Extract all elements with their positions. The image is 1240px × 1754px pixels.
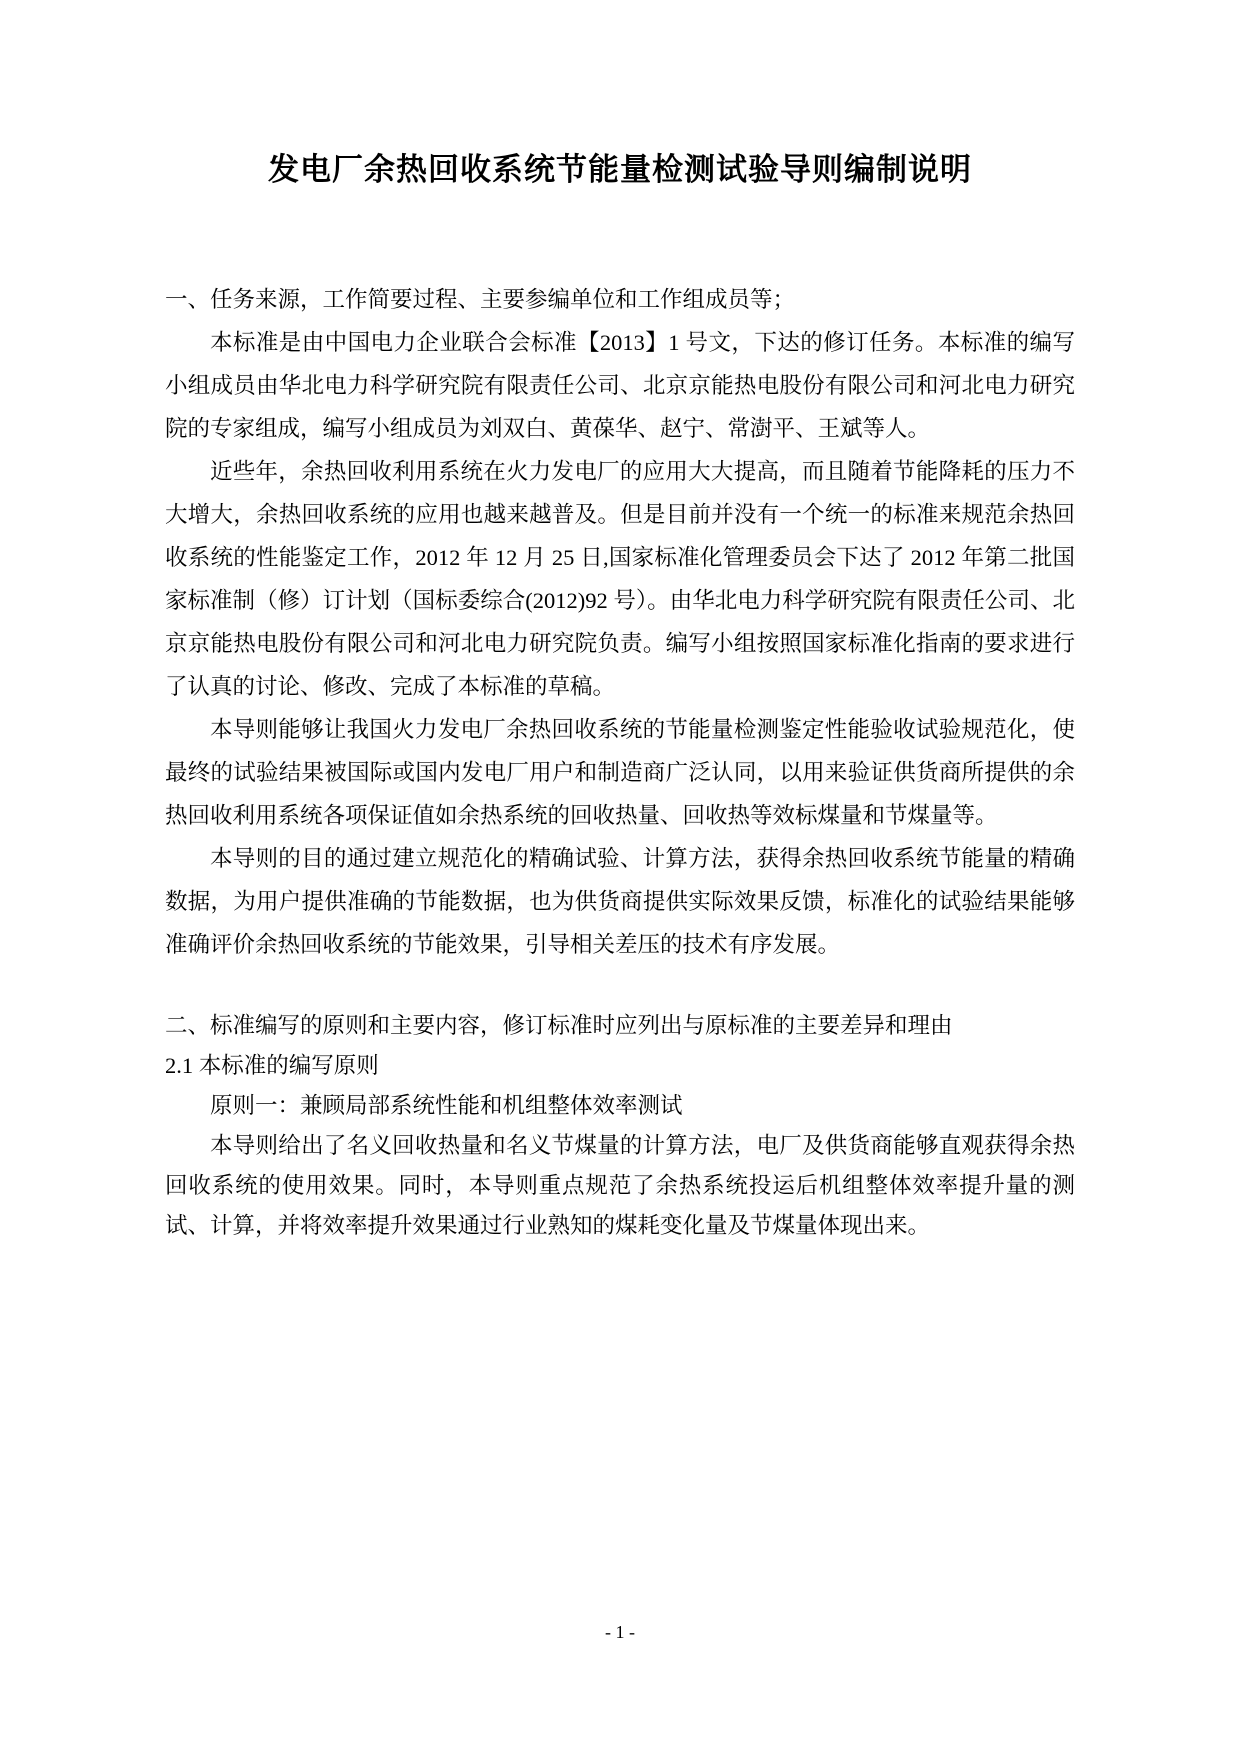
document-title: 发电厂余热回收系统节能量检测试验导则编制说明 bbox=[0, 148, 1240, 192]
section-1-paragraph-2: 近些年，余热回收利用系统在火力发电厂的应用大大提高，而且随着节能降耗的压力不大增… bbox=[165, 450, 1075, 708]
section-task-source: 一、任务来源，工作简要过程、主要参编单位和工作组成员等； 本标准是由中国电力企业… bbox=[165, 278, 1075, 966]
section-2-subheading: 2.1 本标准的编写原则 bbox=[165, 1046, 1075, 1086]
section-1-paragraph-1: 本标准是由中国电力企业联合会标准【2013】1 号文，下达的修订任务。本标准的编… bbox=[165, 321, 1075, 450]
section-1-heading: 一、任务来源，工作简要过程、主要参编单位和工作组成员等； bbox=[165, 278, 1075, 321]
section-2-heading: 二、标准编写的原则和主要内容，修订标准时应列出与原标准的主要差异和理由 bbox=[165, 1006, 1075, 1046]
section-writing-principles: 二、标准编写的原则和主要内容，修订标准时应列出与原标准的主要差异和理由 2.1 … bbox=[165, 1006, 1075, 1246]
section-1-paragraph-3: 本导则能够让我国火力发电厂余热回收系统的节能量检测鉴定性能验收试验规范化，使最终… bbox=[165, 708, 1075, 837]
section-2-paragraph-2: 本导则给出了名义回收热量和名义节煤量的计算方法，电厂及供货商能够直观获得余热回收… bbox=[165, 1126, 1075, 1246]
section-1-paragraph-4: 本导则的目的通过建立规范化的精确试验、计算方法，获得余热回收系统节能量的精确数据… bbox=[165, 837, 1075, 966]
page-number: - 1 - bbox=[0, 1622, 1240, 1642]
document-page: 发电厂余热回收系统节能量检测试验导则编制说明 一、任务来源，工作简要过程、主要参… bbox=[0, 0, 1240, 1754]
document-body: 一、任务来源，工作简要过程、主要参编单位和工作组成员等； 本标准是由中国电力企业… bbox=[165, 278, 1075, 1246]
section-2-paragraph-1: 原则一：兼顾局部系统性能和机组整体效率测试 bbox=[165, 1086, 1075, 1126]
